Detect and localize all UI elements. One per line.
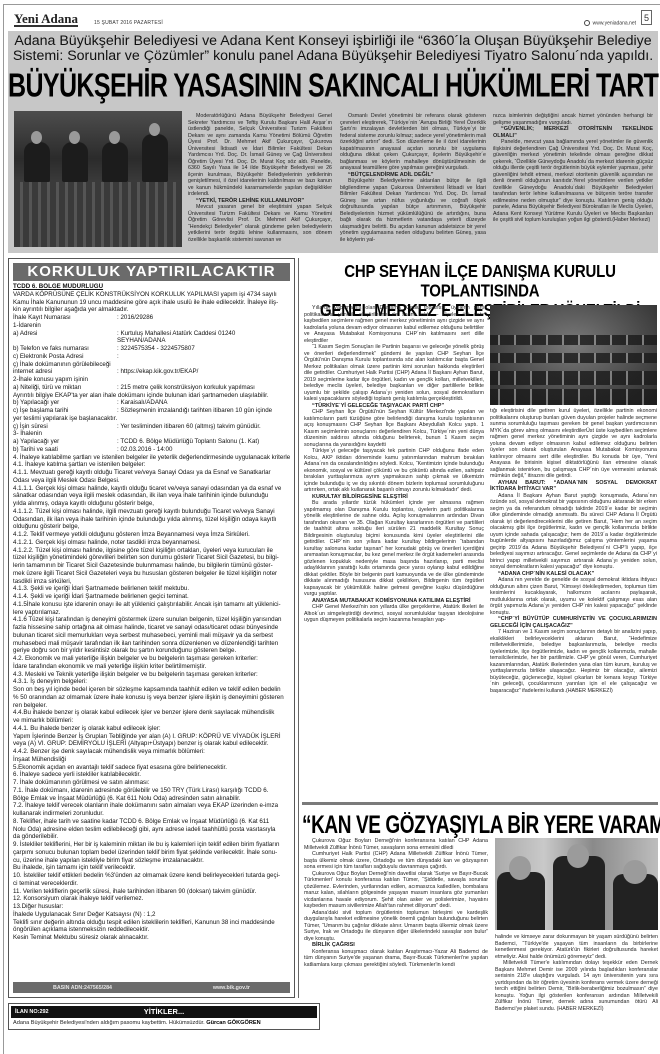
chp-story-column-2: tığı eleştirisini dile getiren kurul üye… xyxy=(490,408,657,694)
paragraph: Milletvekili Tümer'e katılımından dolayı… xyxy=(495,960,658,1012)
panelist-figure xyxy=(62,142,88,182)
notice-line: İnşaat Mühendisliği xyxy=(13,756,290,764)
notice-line: olduğunu gösterir belge, xyxy=(13,523,290,531)
paragraph: Panelde, mevcut yasa bağlamında yerel yö… xyxy=(493,139,653,224)
notice-line: öngörülen açıklama istenmeksizin reddedi… xyxy=(13,926,290,934)
field-label: İhale Kayıt Numarası xyxy=(13,314,117,322)
page-number: 5 xyxy=(641,10,652,25)
notice-field-row: internet adresi: https://ekap.kik.gov.tr… xyxy=(13,368,290,376)
notice-line: yılda alınmış, odaya kayıtlı olduğunu gö… xyxy=(13,500,290,508)
notice-line: Son on beş yıl içinde bedel içeren bir s… xyxy=(13,686,290,694)
notice-line: çarpımı sonucu bulunan toplam bedel üzer… xyxy=(13,849,290,857)
notice-line: Odası veya ilgili Meslek Odası Belgesi. xyxy=(13,477,290,485)
field-label: c) İşe başlama tarihi xyxy=(13,407,117,415)
notice-line: 7.1. İhale dokümanı, idarenin adresinde … xyxy=(13,787,290,795)
notice-line: 5.Ekonomik açıdan en avantajlı teklif sa… xyxy=(13,764,290,772)
field-value xyxy=(117,430,290,438)
tender-footer: BASIN ADN:247565/284 www.bik.gov.tr xyxy=(13,982,290,993)
notice-field-row: c) Elektronik Posta Adresi: xyxy=(13,353,290,361)
top-story-column-2: Osmanlı Devlet yönetimini bir referans o… xyxy=(340,113,486,243)
person-head xyxy=(509,856,531,880)
notice-line: 4.2. Ekonomik ve mali yeterliğe ilişkin … xyxy=(13,655,290,663)
top-story-headline: BÜYÜKŞEHİR YASASININ SAKINCALI HÜKÜMLERİ… xyxy=(8,67,658,106)
notice-field-row: 1-İdarenin xyxy=(13,322,290,330)
tender-details-2: b) Yapılacağı yer: Karaisalı/ADANAc) İşe… xyxy=(13,399,290,415)
notice-line: 4.1.1.1. Gerçek kişi olması halinde, kay… xyxy=(13,485,290,493)
notice-line: 4.1.4. Şekli ve içeriği İdari Şartnamede… xyxy=(13,593,290,601)
notice-line: 9. İstekliler tekliflerini, Her bir iş k… xyxy=(13,841,290,849)
tender-body: TCDD 6. BÖLGE MÜDÜRLÜĞÜ VARDA KÖPRÜSÜNE … xyxy=(13,283,290,942)
field-label: b) Yapılacağı yer xyxy=(13,399,117,407)
top-story: Adana Büyükşehir Belediyesi ve Adana Ken… xyxy=(8,31,658,253)
masthead: Yeni Adana 15 ŞUBAT 2016 PAZARTESİ www.y… xyxy=(6,8,660,30)
column-divider xyxy=(298,258,299,998)
paragraph: Osmanlı Devlet yönetimini bir referans o… xyxy=(340,113,486,172)
notice-line: 4.1.3. Şekli ve içeriği İdari Şartnamede… xyxy=(13,585,290,593)
paragraph: Adana'daki sivil toplum örgütlerinin top… xyxy=(304,910,488,943)
notice-line: fazla hissesine sahip ortağına ait olmas… xyxy=(13,624,290,632)
paragraph: Türkiye´yi geleceğe taşıyacak tek partin… xyxy=(304,448,484,494)
notice-line: 10. İstekliler teklif ettikleri bedelin … xyxy=(13,872,290,880)
notice-line: 7. İhale dokümanının görülmesi ve satın … xyxy=(13,779,290,787)
panel-photo xyxy=(14,111,182,247)
field-label: ç) İhale dokümanının görülebileceği xyxy=(13,361,117,369)
notice-line: sânatkar odasından veya ilgili meslek od… xyxy=(13,492,290,500)
website[interactable]: www.yeniadana.net xyxy=(584,20,636,26)
field-label: 3- İhalenin xyxy=(13,430,117,438)
paragraph: halinde ve kimseye zarar dokunmayan bir … xyxy=(495,934,658,960)
notice-field-row: 3- İhalenin xyxy=(13,430,290,438)
notice-line: Bu ihalede, işin tamamı için teklif veri… xyxy=(13,864,290,872)
notice-line: 13.Diğer hususlar: xyxy=(13,903,290,911)
notice-line: kin ayrıntılı bilgiler aşağıda yer almak… xyxy=(13,306,290,314)
kan-story-column-2: halinde ve kimseye zarar dokunmayan bir … xyxy=(495,934,658,1012)
person-head xyxy=(623,860,647,884)
field-label: a) Niteliği, türü ve miktarı xyxy=(13,384,117,392)
paragraph: Yıllardır yapılmamış olan Danışma Kurulu… xyxy=(304,305,484,344)
press-code: BASIN ADN:247565/284 xyxy=(53,985,112,991)
notice-line: 4.1.2.1. Gerçek kişi olması halinde, not… xyxy=(13,539,290,547)
newspaper-logo[interactable]: Yeni Adana xyxy=(14,13,78,27)
tender-intro: VARDA KÖPRÜSÜNE ÇELİK KONSTRÜKSİYON KORK… xyxy=(13,291,290,314)
notice-line: 4. İhaleye katılabilme şartları ve isten… xyxy=(13,454,290,462)
notice-line: VARDA KÖPRÜSÜNE ÇELİK KONSTRÜKSİYON KORK… xyxy=(13,291,290,299)
notice-field-row: b) Yapılacağı yer: Karaisalı/ADANA xyxy=(13,399,290,407)
notice-line: 4.1.1. Mevzuatı gereği kayıtlı olduğu Ti… xyxy=(13,469,290,477)
paragraph: CHP Genel Merkezi'nin son yıllarda ülke … xyxy=(304,604,484,624)
field-label: 2-İhale konusu yapım işinin xyxy=(13,376,117,384)
panelist-figure xyxy=(142,134,168,182)
paragraph: Moderatörlüğünü Adana Büyükşehir Belediy… xyxy=(188,113,332,198)
paragraph: tığı eleştirisini dile getiren kurul üye… xyxy=(490,408,657,480)
notice-line: Bölge Emlak ve İnşaat Müdürlüğü (6. Kat … xyxy=(13,795,290,803)
notice-line: 4.1.6 Tüzel kişi tarafından iş deneyimi … xyxy=(13,616,290,624)
lost-items-message: Adana Büyükşehir Belediyesi'nden aldığım… xyxy=(13,1020,206,1026)
tender-ekap-line: Ayrıntılı bilgiye EKAP'ta yer alan ihale… xyxy=(13,392,290,400)
chp-story-column-1: Yıllardır yapılmamış olan Danışma Kurulu… xyxy=(304,305,484,624)
lost-items-notice: İLAN NO:292 YİTİKLER... Adana Büyükşehir… xyxy=(8,1003,320,1030)
paragraph: CHP Seyhan İlçe Örgütü'nün Seyhan Kültür… xyxy=(304,409,484,448)
audience-row xyxy=(490,353,657,363)
notice-line: Kesin Teminat Mektubu süresiz olarak alı… xyxy=(13,934,290,942)
audience-row xyxy=(490,335,657,345)
tender-details-1: İhale Kayıt Numarası: 2016/292861-İdaren… xyxy=(13,314,290,392)
top-story-column-1: Moderatörlüğünü Adana Büyükşehir Belediy… xyxy=(188,113,332,243)
paragraph: 7 Haziran ve 1 Kasım seçim sonuçlarının … xyxy=(490,629,657,694)
notice-field-row: b) Telefon ve faks numarası: 3224575354 … xyxy=(13,345,290,353)
paragraph: Cumhuriyet Halk Partisi (CHP) Adana Mill… xyxy=(304,851,488,871)
notice-line: ci teminat vereceklerdir. xyxy=(13,880,290,888)
tender-conditions: 4. İhaleye katılabilme şartları ve isten… xyxy=(13,454,290,942)
paragraph: Konferansa konuşmacı olarak katılan Araş… xyxy=(304,949,488,969)
field-value: : Kurtuluş Mahallesi Atatürk Caddesi 012… xyxy=(117,330,290,338)
field-value: : 2016/29286 xyxy=(117,314,290,322)
field-label: a) Yapılacağı yer xyxy=(13,438,117,446)
notice-field-row: a) Yapılacağı yer: TCDD 6. Bölge Müdürlü… xyxy=(13,438,290,446)
notice-field-row: a) Niteliği, türü ve miktarı: 215 metre … xyxy=(13,384,290,392)
notice-line: İdare tarafından ekonomik ve mali yeterl… xyxy=(13,663,290,671)
notice-line: 4.1.5İhale konusu işte idarenin onayı il… xyxy=(13,601,290,609)
field-label: internet adresi xyxy=(13,368,117,376)
tender-notice: KORKULUK YAPTIRILACAKTIR TCDD 6. BÖLGE M… xyxy=(8,258,295,998)
subheading: “GÜVENLİK; MERKEZİ OTORİTENİN TEKELİNDE … xyxy=(493,126,653,139)
notice-field-row: b) Tarihi ve saati: 02.03.2016 - 14:00 xyxy=(13,446,290,454)
notice-line: ren belgeler. xyxy=(13,702,290,710)
paragraph: Çukurova Oğuz Boyları Derneği'nin davetl… xyxy=(304,871,488,910)
notice-field-row: a) Adresi: Kurtuluş Mahallesi Atatürk Ca… xyxy=(13,330,290,338)
field-label: a) Adresi xyxy=(13,330,117,338)
notice-line: İhalede Uygulanacak Sınır Değer Katsayıs… xyxy=(13,911,290,919)
notice-line: ve mimarlık bölümleri: xyxy=(13,717,290,725)
notice-line: geriye doğru son bir yıldır kesintisiz o… xyxy=(13,647,290,655)
field-value: : Karaisalı/ADANA xyxy=(117,399,290,407)
top-story-deck: Adana Büyükşehir Belediyesi ve Adana Ken… xyxy=(8,31,658,64)
field-value: : 215 metre çelik konstrüksiyon korkuluk… xyxy=(117,384,290,392)
field-value: : Yer tesliminden itibaren 60 (altmış) t… xyxy=(117,423,290,431)
notice-field-row: 2-İhale konusu yapım işinin xyxy=(13,376,290,384)
panel-table xyxy=(14,182,182,247)
issue-date: 15 ŞUBAT 2016 PAZARTESİ xyxy=(94,20,163,26)
kan-story-column-1: Çukurova Oğuz Boyları Derneği'nin konfer… xyxy=(304,838,488,968)
paragraph: Adana´nın yerelde de genelde de sosyal d… xyxy=(490,577,657,616)
field-value: : Sözleşmenin imzalandığı tarihten itiba… xyxy=(117,407,290,415)
tender-title: KORKULUK YAPTIRILACAKTIR xyxy=(13,263,290,281)
notice-field-row: ç) İhale dokümanının görülebileceği xyxy=(13,361,290,369)
notice-line: muhasebeci mali müşavir tarafından ilk i… xyxy=(13,640,290,648)
paragraph: “1 Kasım Seçim Sonuçları ile Partinin ba… xyxy=(304,344,484,403)
audience-row xyxy=(490,389,657,405)
notice-line: % 50 oranından az olmamak üzere ihale ko… xyxy=(13,694,290,702)
tender-teslim-line: yer teslimi yapılarak işe başlanacaktır. xyxy=(13,415,290,423)
notice-field-row: İhale Kayıt Numarası: 2016/29286 xyxy=(13,314,290,322)
notice-line: lere yaptırılamaz. xyxy=(13,609,290,617)
notice-line: Nolu Oda) adresine elden teslim edilebil… xyxy=(13,826,290,834)
field-value xyxy=(117,376,290,384)
lost-items-header: İLAN NO:292 YİTİKLER... xyxy=(11,1006,317,1018)
website-url: www.yeniadana.net xyxy=(593,20,636,26)
notice-field-row: SEYHAN/ADANA xyxy=(13,337,290,345)
notice-line: cu, üzerine ihale yapılan istekliyle bir… xyxy=(13,857,290,865)
notice-line: lerin tamamının bir Ticaret Sicil Gazete… xyxy=(13,562,290,570)
field-label xyxy=(13,337,117,345)
notice-field-row: ç) İşin süresi: Yer tesliminden itibaren… xyxy=(13,423,290,431)
field-label: b) Tarihi ve saati xyxy=(13,446,117,454)
panelist-figure xyxy=(24,142,50,182)
paragraph: Mevcut yasanın genel bir eleştirisini ya… xyxy=(188,204,332,243)
notice-line: 4.4.Bu ihalede benzer iş olarak kabul ed… xyxy=(13,709,290,717)
paragraph: Büyükşehir Belediyelerine aktarılan bütç… xyxy=(340,178,486,243)
notice-line: 4.1.2. Teklif vermeye yetkili olduğunu g… xyxy=(13,531,290,539)
subheading: AYHAN BARUT: “ADANA´NIN SOSYAL DEMOKRAT … xyxy=(490,480,657,493)
field-value: : 3224575354 - 3224575807 xyxy=(117,345,290,353)
field-label: 1-İdarenin xyxy=(13,322,117,330)
field-value: : TCDD 6. Bölge Müdürlüğü Toplantı Salon… xyxy=(117,438,290,446)
notice-line: Odasından, ilk ilan veya ihale tarihinin… xyxy=(13,516,290,524)
globe-icon xyxy=(584,20,590,26)
notice-line: da gönderilebilir. xyxy=(13,833,290,841)
field-label: b) Telefon ve faks numarası xyxy=(13,345,117,353)
notice-line: 4.1.1.2. Tüzel kişi olması halinde, ilgi… xyxy=(13,508,290,516)
field-value: : 02.03.2016 - 14:00 xyxy=(117,446,290,454)
notice-line: veya (A) VI. GRUP: DEMİRYOLU İŞLERİ (Alt… xyxy=(13,740,290,748)
notice-line: Teklifi sınır değerin altında olduğu tes… xyxy=(13,919,290,927)
notice-line: mek üzere ilgili Ticaret Sicil Gazeteler… xyxy=(13,570,290,578)
lost-items-text: Adana Büyükşehir Belediyesi'nden aldığım… xyxy=(11,1018,317,1026)
notice-line: 8. Teklifler, ihale tarih ve saatine kad… xyxy=(13,818,290,826)
kan-story-headline: “KAN VE GÖZYAŞIYLA BİR YERE VARAMAYIZ” xyxy=(302,812,658,841)
notice-line: 4.1. İhaleye katılma şartları ve istenil… xyxy=(13,461,290,469)
bik-website[interactable]: www.bik.gov.tr xyxy=(213,985,250,991)
lost-items-owner: Gürcan GÖKGÖREN xyxy=(206,1020,260,1026)
notice-line: Kamu İhale Kanununun 19 uncu maddesine g… xyxy=(13,299,290,307)
person-head xyxy=(567,844,589,868)
audience-row xyxy=(490,371,657,385)
paragraph: Çukurova Oğuz Boyları Derneği'nin konfer… xyxy=(304,838,488,851)
field-value: : xyxy=(117,353,290,361)
field-label: c) Elektronik Posta Adresi xyxy=(13,353,117,361)
tender-details-3: ç) İşin süresi: Yer tesliminden itibaren… xyxy=(13,423,290,454)
notice-line: 4.4.1. Bu ihalede benzer iş olarak kabul… xyxy=(13,725,290,733)
notice-line: 4.3.1. İş deneyim belgeleri: xyxy=(13,678,290,686)
notice-line: 4.4.2. Benzer işe denk sayılacak mühendi… xyxy=(13,748,290,756)
lost-items-title: YİTİKLER... xyxy=(11,1007,317,1016)
field-value xyxy=(117,322,290,330)
notice-line: bulunan ticaret sicil memurlukları veya … xyxy=(13,632,290,640)
person-figure xyxy=(497,872,545,930)
notice-line: 4.1.2.2. Tüzel kişi olması halinde, ilgi… xyxy=(13,547,290,555)
notice-line: Yapım İşlerinde Benzer İş Grupları Tebli… xyxy=(13,733,290,741)
notice-line: kullanarak indirmeleri zorunludur. xyxy=(13,810,290,818)
section-divider xyxy=(302,802,658,805)
field-value: : https://ekap.kik.gov.tr/EKAP/ xyxy=(117,368,290,376)
notice-line: tüzel kişiliğin yönetimindeki görevliler… xyxy=(13,554,290,562)
paragraph: Adana İl Başkanı Ayhan Barut yaptığı kon… xyxy=(490,493,657,571)
notice-line: 7.2. İhaleye teklif verecek olanların ih… xyxy=(13,802,290,810)
notice-line: 12. Konsorsiyum olarak ihaleye teklif ve… xyxy=(13,895,290,903)
notice-field-row: c) İşe başlama tarihi: Sözleşmenin imzal… xyxy=(13,407,290,415)
chp-headline-line-1: CHP SEYHAN İLÇE DANIŞMA KURULU TOPLANTIS… xyxy=(302,262,658,301)
tender-organization: TCDD 6. BÖLGE MÜDÜRLÜĞÜ xyxy=(13,283,290,291)
plaque-ceremony-photo xyxy=(495,838,658,930)
field-value: SEYHAN/ADANA xyxy=(117,337,290,345)
notice-line: 6. İhaleye sadece yerli istekliler katıl… xyxy=(13,771,290,779)
notice-line: tasdikli imza sirküleri, xyxy=(13,578,290,586)
paragraph: Bu arada yıllardır tüzük hükümleri içind… xyxy=(304,500,484,598)
paragraph: nızca isimlerinin değiştiğini ancak hizm… xyxy=(493,113,653,126)
advisory-board-photo xyxy=(490,305,657,405)
subheading: “CHP´Yİ BÜYÜTÜP CUMHURİYETİN VE ÇOCUKLAR… xyxy=(490,616,657,629)
notice-line: 11. Verilen tekliflerin geçerlik süresi,… xyxy=(13,888,290,896)
field-label: ç) İşin süresi xyxy=(13,423,117,431)
notice-line: 4.3. Mesleki ve Teknik yeterliğe ilişkin… xyxy=(13,671,290,679)
panelist-figure xyxy=(102,142,128,182)
top-story-column-3: nızca isimlerinin değiştiğini ancak hizm… xyxy=(493,113,653,224)
field-value xyxy=(117,361,290,369)
